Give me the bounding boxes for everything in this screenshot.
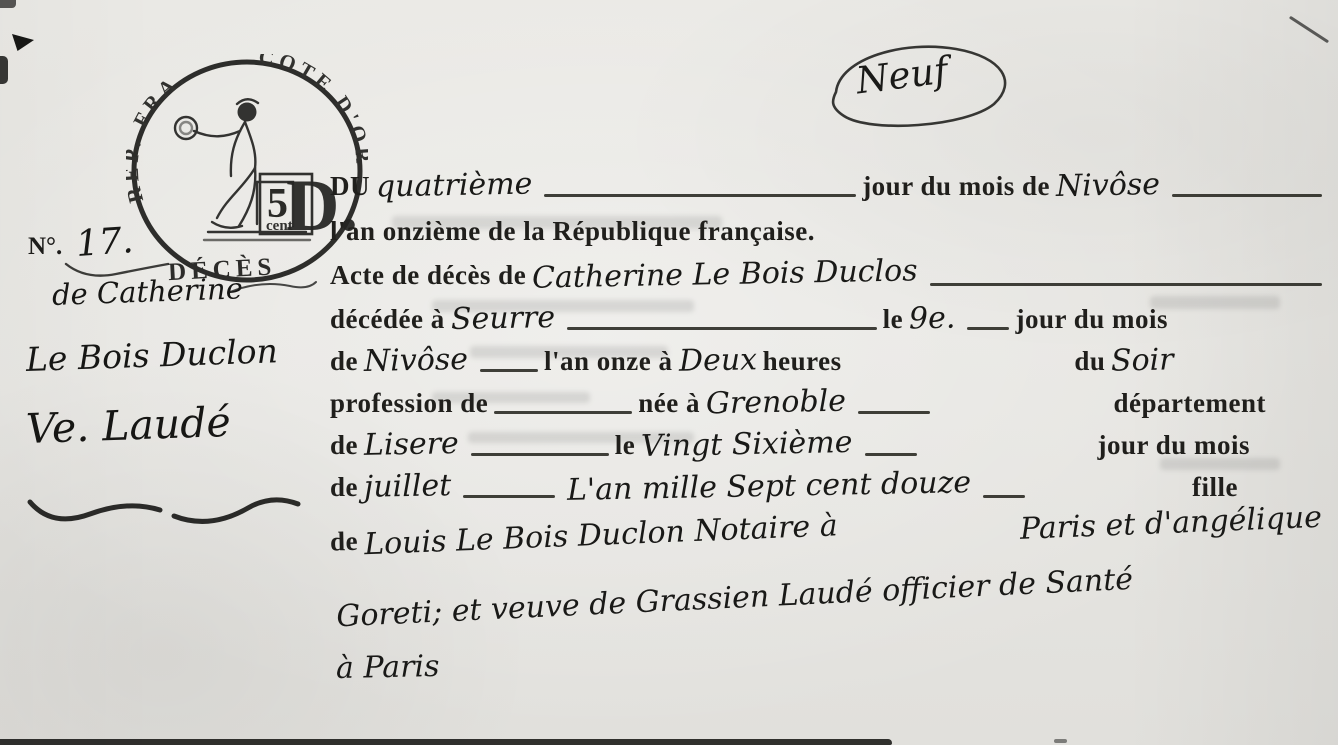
printed-text: de [330, 425, 358, 465]
handwritten-text: Nivôse [1056, 165, 1161, 207]
rule-line [471, 453, 609, 456]
printed-text: heures [763, 341, 842, 381]
printed-text: DU [330, 166, 370, 206]
rule-line [463, 495, 555, 498]
handwritten-text: Paris et d'angélique [1019, 498, 1322, 550]
form-line: Goreti; et veuve de Grassien Laudé offic… [330, 562, 1329, 630]
handwritten-text: Grenoble [706, 382, 847, 425]
form-lines: DUquatrièmejour du mois deNivôsel'an onz… [0, 0, 1338, 745]
form-line: Acte de décès deCatherine Le Bois Duclos [330, 255, 1328, 295]
form-line: décédée àSeurrele9e.jour du mois [330, 299, 1168, 339]
form-line: dejuilletL'an mille Sept cent douzefille [330, 467, 1238, 507]
printed-text: du [1074, 341, 1105, 381]
printed-text: le [615, 425, 636, 465]
rule-line [983, 495, 1025, 498]
printed-text: l'an onze à [544, 341, 673, 381]
handwritten-text: juillet [364, 466, 452, 508]
rule-line [544, 194, 856, 197]
handwritten-text: Catherine Le Bois Duclos [532, 251, 918, 298]
handwritten-text: L'an mille Sept cent douze [567, 463, 972, 511]
form-line: deLouis Le Bois Duclon Notaire àParis et… [330, 501, 1329, 562]
form-line: profession denée àGrenobledépartement [330, 383, 1266, 423]
printed-text: jour du mois de [862, 166, 1050, 206]
printed-text: jour du mois [1015, 299, 1168, 339]
printed-text: de [330, 341, 358, 381]
spacer [844, 536, 1014, 540]
rule-line [930, 283, 1322, 286]
printed-text: profession de [330, 383, 488, 423]
rule-line [1172, 194, 1322, 197]
rule-line [865, 453, 917, 456]
handwritten-text: Soir [1111, 340, 1174, 381]
printed-text: jour du mois [1097, 425, 1250, 465]
printed-text: Acte de décès de [330, 255, 526, 295]
handwritten-text: Louis Le Bois Duclon Notaire à [363, 506, 838, 565]
handwritten-text: Nivôse [364, 340, 469, 382]
printed-text: de [330, 521, 359, 562]
printed-text: de [330, 467, 358, 507]
handwritten-text: Goreti; et veuve de Grassien Laudé offic… [336, 560, 1134, 638]
handwritten-text: 9e. [909, 299, 956, 340]
printed-text: l'an onzième de la République française. [330, 211, 815, 251]
form-line: à Paris [330, 648, 1328, 688]
rule-line [967, 327, 1009, 330]
printed-text: née à [638, 383, 700, 423]
document-page: Neuf REP. FRA. COTE D'OR [0, 0, 1338, 745]
form-line: DUquatrièmejour du mois deNivôse [330, 166, 1328, 206]
form-line: l'an onzième de la République française. [330, 211, 1328, 251]
printed-text: décédée à [330, 299, 445, 339]
rule-line [494, 411, 632, 414]
printed-text: le [883, 299, 904, 339]
handwritten-text: à Paris [336, 647, 440, 689]
handwritten-text: quatrième [376, 165, 533, 208]
rule-line [567, 327, 877, 330]
handwritten-text: Lisere [364, 424, 460, 466]
handwritten-text: Deux [678, 340, 757, 381]
handwritten-text: Vingt Sixième [641, 423, 853, 467]
form-line: deLisereleVingt Sixièmejour du mois [330, 425, 1250, 465]
printed-text: département [1114, 383, 1266, 423]
rule-line [858, 411, 930, 414]
rule-line [480, 369, 538, 372]
form-line: deNivôsel'an onze àDeuxheuresduSoir [330, 341, 1180, 381]
handwritten-text: Seurre [450, 298, 555, 340]
